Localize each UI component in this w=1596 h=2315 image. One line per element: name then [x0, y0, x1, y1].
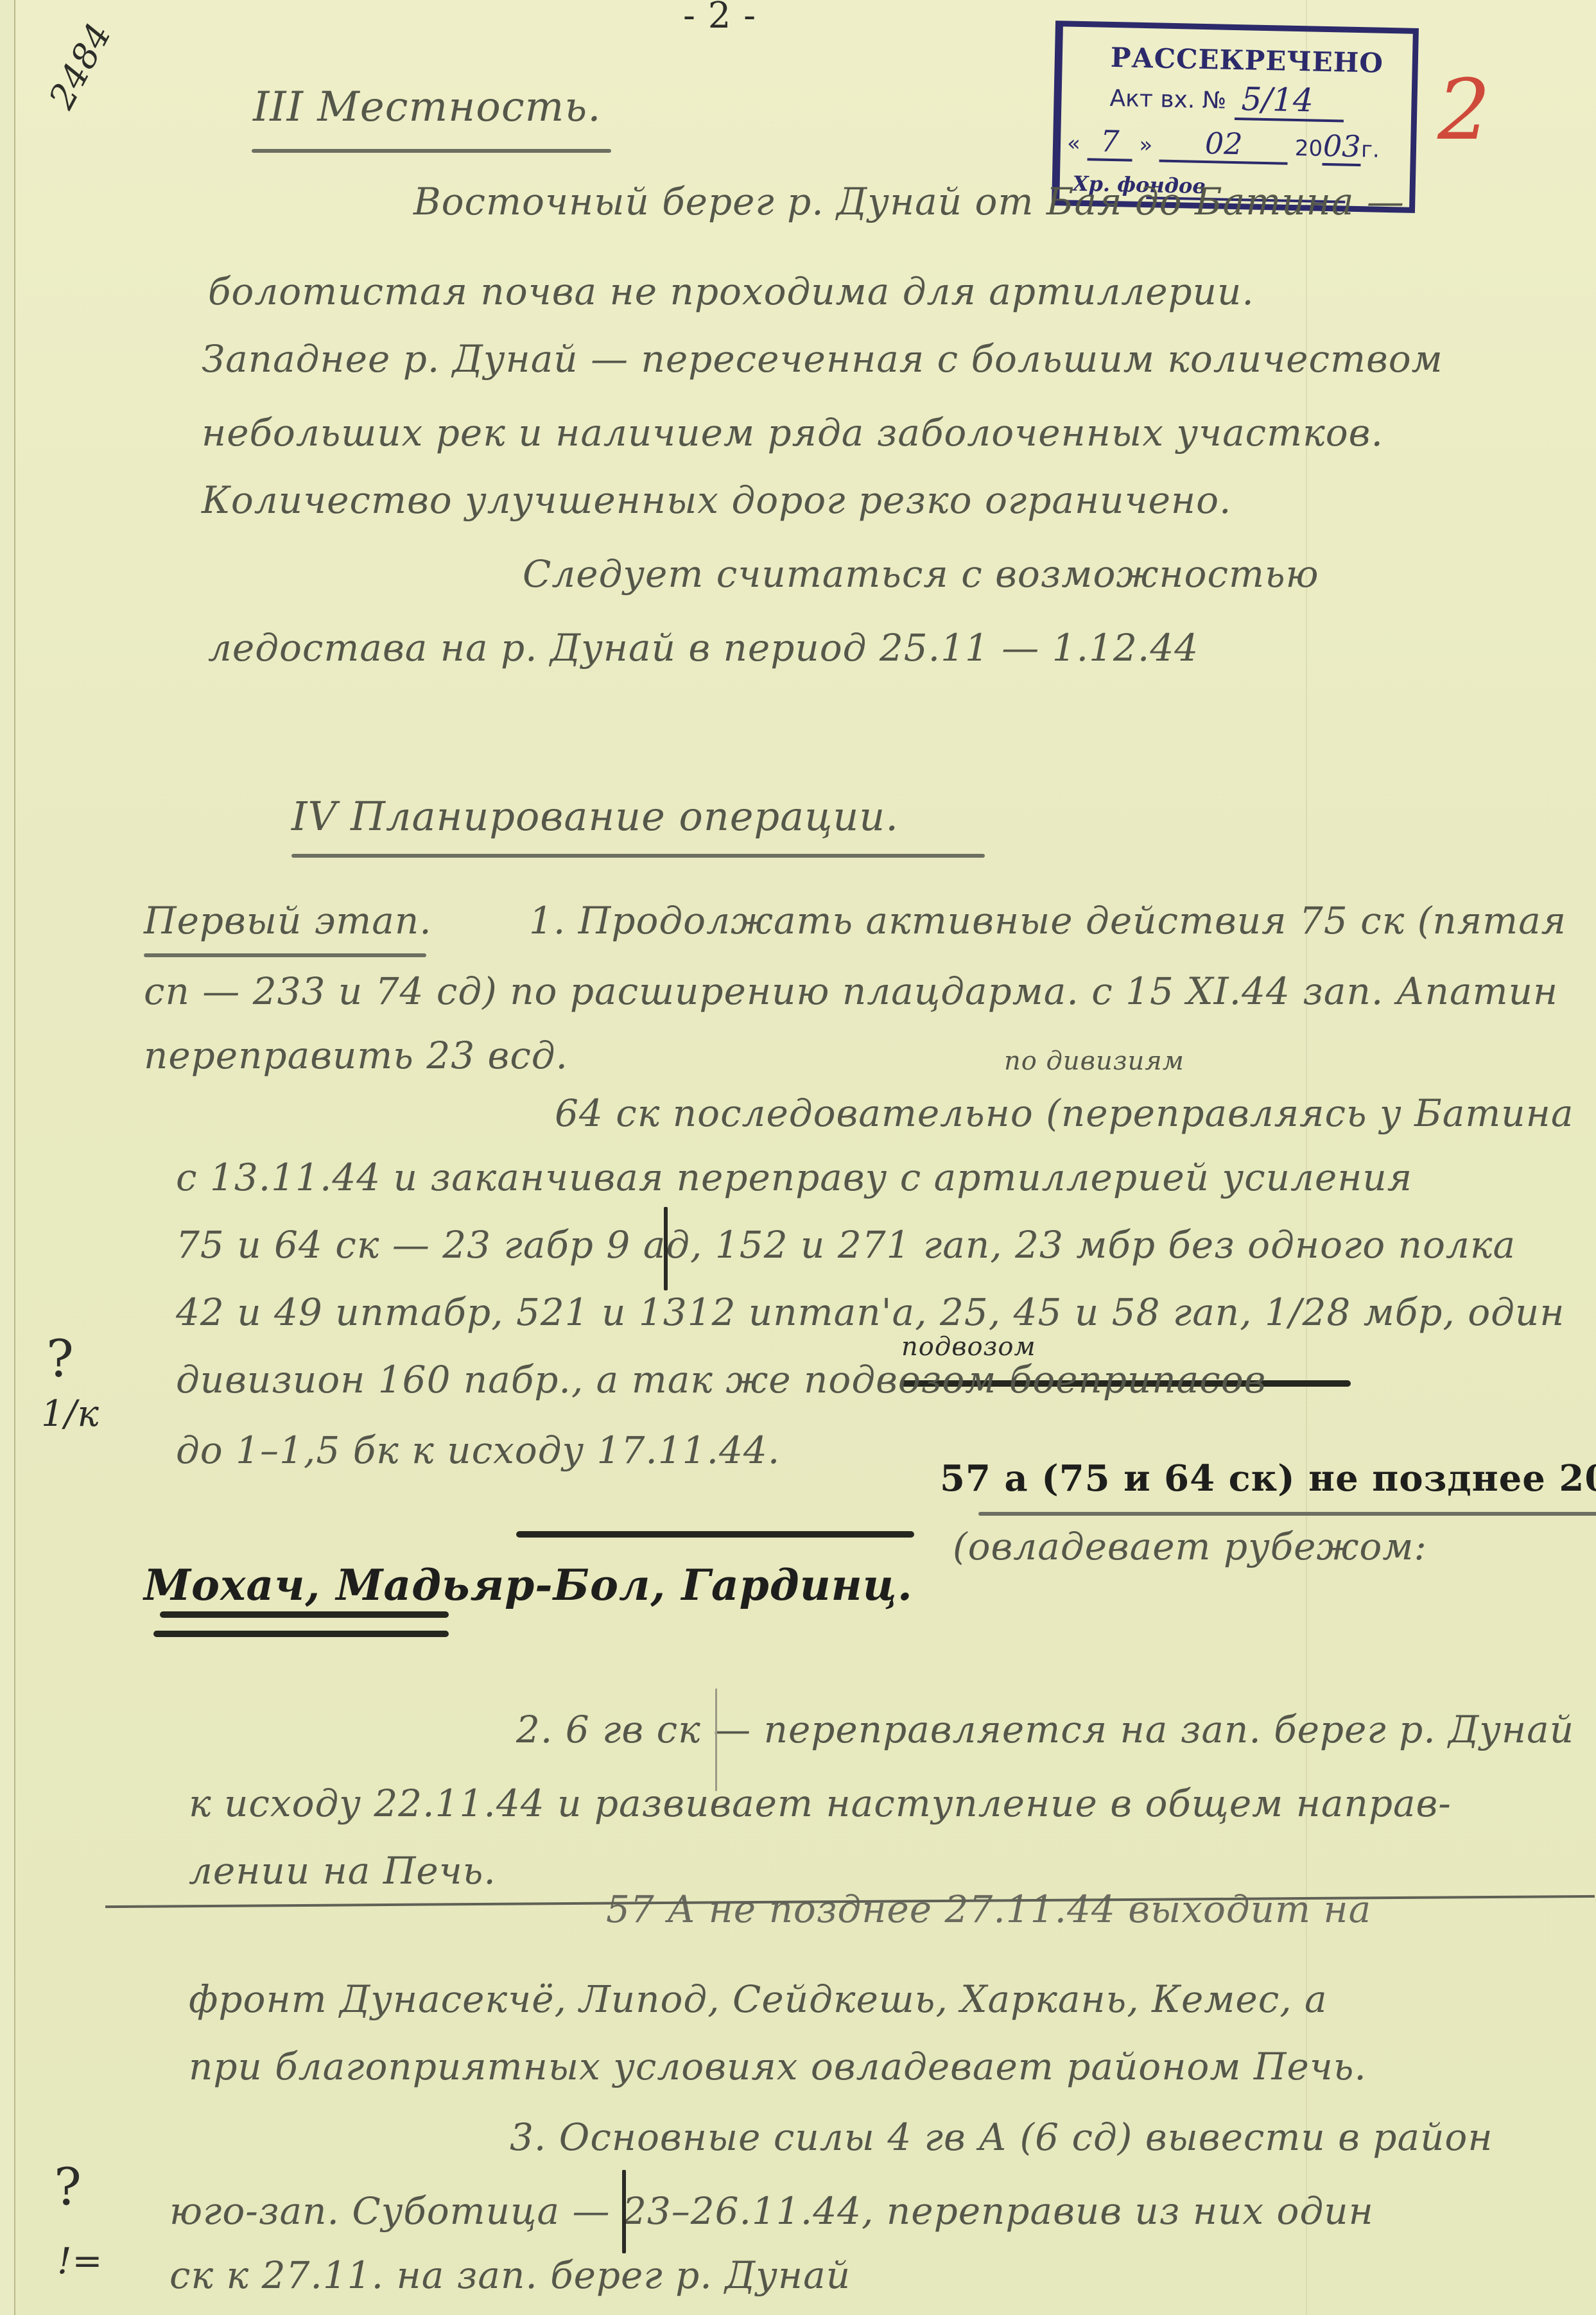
item2-struck-line: 57 А не позднее 27.11.44 выходит на	[606, 1887, 1371, 1931]
section3-line: Восточный берег р. Дунай от Бая до Батин…	[413, 180, 1405, 223]
item2-continuation: при благоприятных условиях овладевает ра…	[189, 2045, 1367, 2088]
margin-note-mark: !=	[57, 2241, 103, 2282]
section3-line: Следует считаться с возможностью	[523, 552, 1319, 596]
stage-label: Первый этап.	[144, 899, 432, 942]
added-note-underline	[978, 1512, 1596, 1516]
page-number: - 2 -	[683, 0, 756, 37]
stamp-year-suffix: 03	[1323, 128, 1362, 166]
stamp-date: « 7 » 02 2003г.	[1067, 123, 1380, 167]
separator-bar	[715, 1688, 717, 1791]
item3-line: юго-зап. Суботица — 23–26.11.44, перепра…	[169, 2189, 1374, 2233]
section3-line: Западнее р. Дунай — пересеченная с больш…	[202, 337, 1443, 381]
item1-line: 75 и 64 ск — 23 габр 9 ад, 152 и 271 гап…	[176, 1223, 1516, 1267]
item3-line: 3. Основные силы 4 гв А (6 сд) вывести в…	[510, 2115, 1493, 2159]
item1-line: сп — 233 и 74 сд) по расширению плацдарм…	[144, 969, 1558, 1013]
section4-heading-underline	[291, 854, 985, 858]
item1-line: с 13.11.44 и заканчивая переправу с арти…	[176, 1156, 1412, 1199]
item2-continuation: фронт Дунасекчё, Липод, Сейдкешь, Харкан…	[189, 1977, 1328, 2021]
item2-line: лении на Печь.	[189, 1849, 496, 1893]
section3-line: болотистая почва не проходима для артилл…	[208, 270, 1254, 313]
item2-line: к исходу 22.11.44 и развивает наступлени…	[189, 1782, 1452, 1825]
strikethrough-mark	[153, 1631, 449, 1637]
item3-line: ск к 27.11. на зап. берег р. Дунай	[169, 2253, 851, 2297]
added-note: 57 а (75 и 64 ск) не позднее 20.11.44	[940, 1457, 1596, 1500]
stage-label-underline	[144, 953, 426, 957]
stamp-title: РАССЕКРЕЧЕНО	[1110, 42, 1383, 79]
stamp-date-month: 02	[1159, 125, 1288, 165]
added-note-line2: (овладевает рубежом:	[953, 1525, 1427, 1568]
stamp-quote-open: «	[1067, 131, 1081, 157]
strikethrough-mark	[516, 1531, 914, 1538]
section3-heading: III Местность.	[253, 83, 602, 131]
item1-line: 1. Продолжать активные действия 75 ск (п…	[529, 899, 1566, 942]
section4-heading: IV Планирование операции.	[291, 793, 899, 840]
item1-line: 42 и 49 иптабр, 521 и 1312 иптап'а, 25, …	[176, 1290, 1565, 1334]
stamp-year-prefix: 20	[1294, 135, 1323, 162]
item2-line: 2. 6 гв ск — переправляется на зап. бере…	[516, 1708, 1574, 1751]
archive-sheet-number: 2484	[41, 16, 119, 115]
red-folio-number: 2	[1437, 61, 1491, 159]
stamp-act-number: 5/14	[1235, 80, 1344, 123]
section3-line: ледостава на р. Дунай в период 25.11 — 1…	[208, 626, 1199, 670]
item1-line: переправить 23 всд.	[144, 1034, 568, 1077]
separator-bar	[622, 2170, 626, 2253]
section3-line: Количество улучшенных дорог резко ограни…	[202, 478, 1231, 522]
stamp-year-mark: г.	[1361, 137, 1380, 163]
stamp-date-day: 7	[1087, 123, 1132, 161]
item1-line: до 1–1,5 бк к исходу 17.11.44.	[176, 1428, 780, 1472]
item1-line: 64 ск последовательно (переправляясь у Б…	[555, 1091, 1574, 1135]
separator-bar	[664, 1207, 668, 1290]
insertion-above: по дивизиям	[1004, 1046, 1184, 1076]
section3-line: небольших рек и наличием ряда заболоченн…	[202, 411, 1383, 455]
document-page: 2484 - 2 - РАССЕКРЕЧЕНО Акт вх. № 5/14 «…	[14, 0, 1596, 2315]
stamp-quote-close: »	[1139, 132, 1153, 158]
rubezh-line: Мохач, Мадьяр-Бол, Гардинц.	[144, 1560, 913, 1610]
section3-heading-underline	[252, 149, 611, 153]
stamp-act-label: Акт вх. №	[1109, 85, 1226, 114]
margin-question-mark: ?	[54, 2157, 82, 2217]
item1-line: дивизион 160 пабр., а так же подвозом бо…	[176, 1358, 1266, 1401]
margin-note-mark: 1/к	[41, 1393, 100, 1435]
margin-question-mark: ?	[46, 1329, 74, 1389]
strikethrough-mark	[160, 1611, 449, 1618]
